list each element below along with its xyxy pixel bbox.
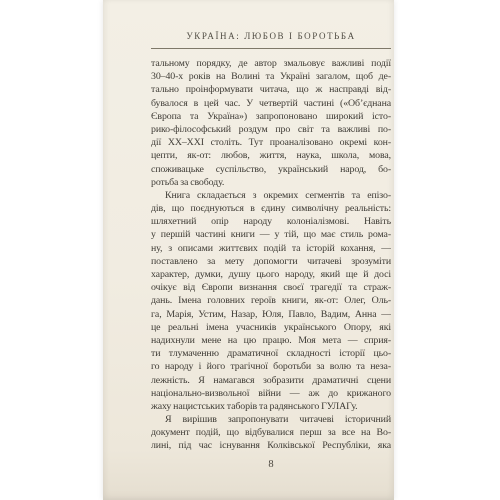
text-line: дань. Імена головних героїв книги, як-от… xyxy=(151,294,391,307)
text-line: лині, під час існування Колківської Респ… xyxy=(151,439,391,452)
text-line: го народу і його трагічної боротьби за в… xyxy=(151,360,391,373)
text-line: у першій частині книги — у тій, що має с… xyxy=(151,228,391,241)
body-text: тальному порядку, де автор змальовує важ… xyxy=(151,57,391,453)
scanned-book-photo: { "page": { "running_head": "УКРАЇНА: ЛЮ… xyxy=(0,0,500,500)
text-line: документ подій, що відбувалися перш за в… xyxy=(151,426,391,439)
text-line: дії XX–XXI століть. Тут проаналізовано о… xyxy=(151,136,391,149)
text-line: шляхетний опір народу колоніалізмові. На… xyxy=(151,215,391,228)
text-line: Книга складається з окремих сегментів та… xyxy=(151,189,391,202)
text-line: національно-визвольної війни — аж до кри… xyxy=(151,387,391,400)
text-line: це реальні імена учасників українського … xyxy=(151,321,391,334)
text-line: споживацьке суспільство, український нар… xyxy=(151,163,391,176)
text-line: лежність. Я намагався зобразити драматич… xyxy=(151,374,391,387)
text-line: ну, з описами життєвих подій та історій … xyxy=(151,242,391,255)
text-line: надихнули мене на цю працю. Моя мета — с… xyxy=(151,334,391,347)
text-line: тально проінформувати читача, що ж наспр… xyxy=(151,83,391,96)
text-line: очікує від Європи визнання своєї трагеді… xyxy=(151,281,391,294)
running-head: УКРАЇНА: ЛЮБОВ І БОРОТЬБА xyxy=(151,31,391,41)
header-rule xyxy=(151,48,391,49)
text-line: характер, думки, душу цього народу, який… xyxy=(151,268,391,281)
text-line: тальному порядку, де автор змальовує важ… xyxy=(151,57,391,70)
text-line: рико-філософський роздум про світ та важ… xyxy=(151,123,391,136)
book-page: УКРАЇНА: ЛЮБОВ І БОРОТЬБА тальному поряд… xyxy=(103,0,394,500)
text-line: поставлено за мету допомогти читачеві зр… xyxy=(151,255,391,268)
page-number: 8 xyxy=(151,459,391,470)
text-line: ти тлумаченню драматичної складності іст… xyxy=(151,347,391,360)
text-line: ротьба за свободу. xyxy=(151,176,391,189)
text-line: бувалося в цей час. У четвертій частині … xyxy=(151,97,391,110)
text-line: цепти, як-от: любов, життя, наука, школа… xyxy=(151,149,391,162)
text-line: жаху нацистських таборів та радянського … xyxy=(151,400,391,413)
text-line: Я вирішив запропонувати читачеві історич… xyxy=(151,413,391,426)
text-line: га, Марія, Устим, Назар, Юля, Павло, Вад… xyxy=(151,308,391,321)
text-line: дів, що поєднуються в єдину символічну р… xyxy=(151,202,391,215)
text-line: 30–40-х років на Волині та Україні загал… xyxy=(151,70,391,83)
text-line: Європа та Україна») запропоновано широки… xyxy=(151,110,391,123)
